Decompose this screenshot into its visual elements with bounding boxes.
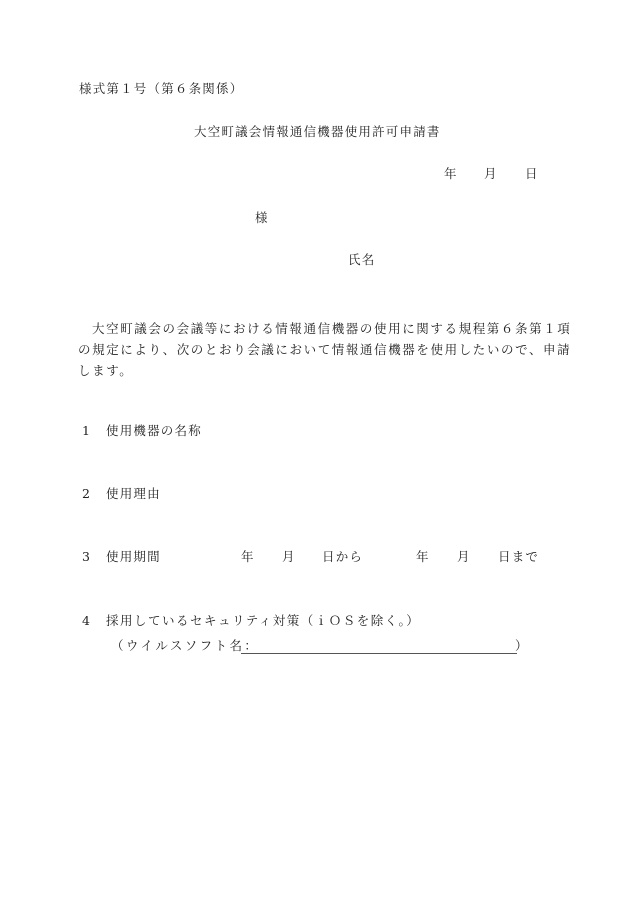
item-2-label: 使用理由	[106, 488, 161, 501]
antivirus-name-suffix: ）	[515, 640, 528, 653]
body-line-1: 大空町議会の会議等における情報通信機器の使用に関する規程第６条第１項	[78, 318, 558, 339]
date-day-label: 日	[525, 168, 538, 181]
addressee-suffix: 様	[255, 212, 268, 225]
body-paragraph: 大空町議会の会議等における情報通信機器の使用に関する規程第６条第１項 の規定によ…	[78, 318, 558, 381]
item-2-number: 2	[82, 488, 90, 501]
period-from-year: 年	[241, 551, 254, 564]
period-from-month: 月	[282, 551, 295, 564]
antivirus-name-prefix: （ウイルスソフト名：	[111, 640, 259, 653]
date-year-label: 年	[444, 168, 457, 181]
period-to-day: 日まで	[498, 551, 539, 564]
period-to-month: 月	[457, 551, 470, 564]
date-month-label: 月	[484, 168, 497, 181]
item-4-label: 採用しているセキュリティ対策（ｉＯＳを除く。）	[106, 615, 420, 628]
period-to-year: 年	[416, 551, 429, 564]
item-1-number: 1	[82, 425, 90, 438]
document-title: 大空町議会情報通信機器使用許可申請書	[194, 126, 441, 139]
item-1-label: 使用機器の名称	[106, 425, 202, 438]
applicant-name-label: 氏名	[348, 254, 375, 267]
item-3-number: 3	[82, 551, 90, 564]
body-line-3: します。	[78, 360, 558, 381]
form-number-label: 様式第１号（第６条関係）	[79, 83, 243, 96]
antivirus-name-blank-line	[241, 653, 517, 654]
body-line-2: の規定により、次のとおり会議において情報通信機器を使用したいので、申請	[78, 339, 558, 360]
period-from-day: 日から	[322, 551, 363, 564]
item-3-label: 使用期間	[106, 551, 161, 564]
item-4-number: 4	[82, 615, 90, 628]
